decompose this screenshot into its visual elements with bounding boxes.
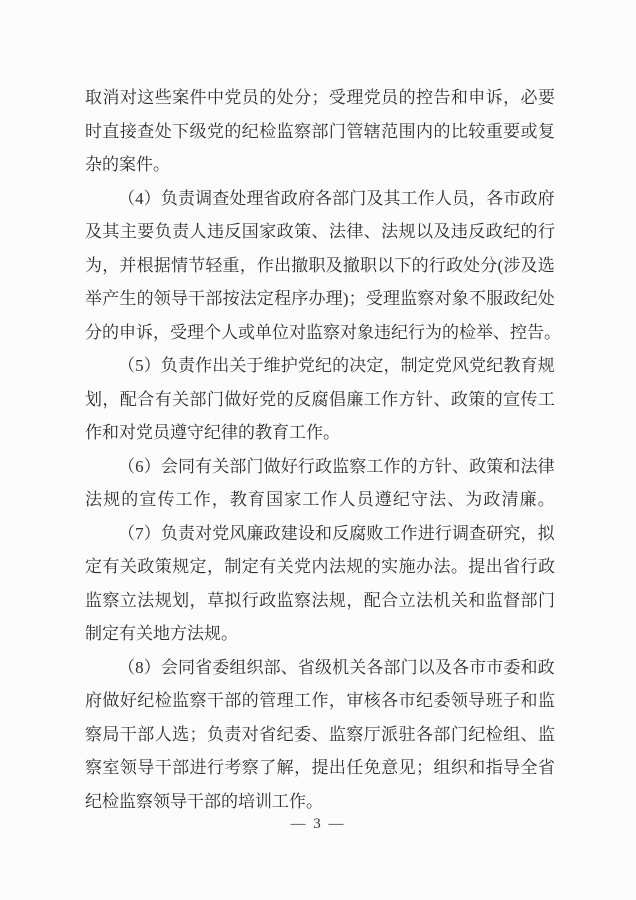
text-line: （6）会同有关部门做好行政监察工作的方针、政策和法律: [85, 457, 555, 491]
text-line: 分的申诉，受理个人或单位对监察对象违纪行为的检举、控告。: [85, 323, 555, 357]
text-line: 作和对党员遵守纪律的教育工作。: [85, 423, 555, 457]
text-line: 制定有关地方法规。: [85, 624, 555, 658]
text-line: 察室领导干部进行考察了解，提出任免意见；组织和指导全省: [85, 758, 555, 792]
paragraph: 取消对这些案件中党员的处分；受理党员的控告和申诉，必要时直接查处下级党的纪检监察…: [85, 88, 555, 189]
text-line: 举产生的领导干部按法定程序办理)；受理监察对象不服政纪处: [85, 289, 555, 323]
document-page: 取消对这些案件中党员的处分；受理党员的控告和申诉，必要时直接查处下级党的纪检监察…: [0, 0, 636, 900]
text-line: （7）负责对党风廉政建设和反腐败工作进行调查研究，拟: [85, 524, 555, 558]
paragraph: （6）会同有关部门做好行政监察工作的方针、政策和法律法规的宣传工作，教育国家工作…: [85, 457, 555, 524]
text-line: 定有关政策规定，制定有关党内法规的实施办法。提出省行政: [85, 557, 555, 591]
text-line: （4）负责调查处理省政府各部门及其工作人员，各市政府: [85, 189, 555, 223]
text-line: 划，配合有关部门做好党的反腐倡廉工作方针、政策的宣传工: [85, 390, 555, 424]
paragraph: （5）负责作出关于维护党纪的决定，制定党风党纪教育规划，配合有关部门做好党的反腐…: [85, 356, 555, 457]
text-line: （5）负责作出关于维护党纪的决定，制定党风党纪教育规: [85, 356, 555, 390]
paragraph: （7）负责对党风廉政建设和反腐败工作进行调查研究，拟定有关政策规定，制定有关党内…: [85, 524, 555, 658]
text-line: 察局干部人选；负责对省纪委、监察厅派驻各部门纪检组、监: [85, 725, 555, 759]
text-line: 杂的案件。: [85, 155, 555, 189]
text-line: 时直接查处下级党的纪检监察部门管辖范围内的比较重要或复: [85, 122, 555, 156]
paragraph: （8）会同省委组织部、省级机关各部门以及各市市委和政府做好纪检监察干部的管理工作…: [85, 658, 555, 826]
text-block: 取消对这些案件中党员的处分；受理党员的控告和申诉，必要时直接查处下级党的纪检监察…: [85, 88, 555, 825]
text-line: 法规的宣传工作，教育国家工作人员遵纪守法、为政清廉。: [85, 490, 555, 524]
text-line: （8）会同省委组织部、省级机关各部门以及各市市委和政: [85, 658, 555, 692]
text-line: 及其主要负责人违反国家政策、法律、法规以及违反政纪的行: [85, 222, 555, 256]
text-line: 为，并根据情节轻重，作出撤职及撤职以下的行政处分(涉及选: [85, 256, 555, 290]
text-line: 监察立法规划，草拟行政监察法规，配合立法机关和监督部门: [85, 591, 555, 625]
page-number: — 3 —: [0, 816, 636, 833]
text-line: 府做好纪检监察干部的管理工作，审核各市纪委领导班子和监: [85, 691, 555, 725]
paragraph: （4）负责调查处理省政府各部门及其工作人员，各市政府及其主要负责人违反国家政策、…: [85, 189, 555, 357]
text-line: 取消对这些案件中党员的处分；受理党员的控告和申诉，必要: [85, 88, 555, 122]
